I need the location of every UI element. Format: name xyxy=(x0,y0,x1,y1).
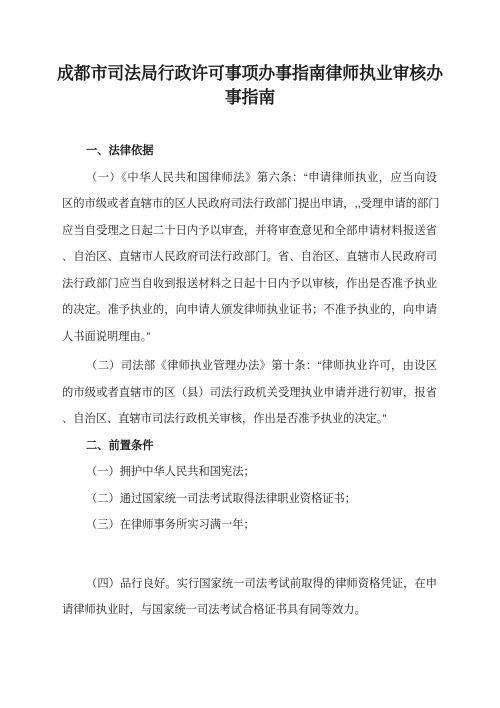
condition-item-3: （三）在律师事务所实习满一年； xyxy=(62,512,437,539)
body-line: 法行政部门应当自收到报送材料之日起十日内予以审核，作出是否准予执业 xyxy=(62,271,437,298)
body-line: 的决定。准予执业的，向申请人颁发律师执业证书；不准予执业的，向申请 xyxy=(62,297,437,324)
body-line: 人书面说明理由。” xyxy=(62,324,437,351)
condition-item-4-line: （四）品行良好。实行国家统一司法考试前取得的律师资格凭证，在申 xyxy=(62,571,437,598)
body-line: 、自治区、直辖市司法行政机关审核，作出是否准予执业的决定。” xyxy=(62,406,437,433)
document-page: 成都市司法局行政许可事项办事指南律师执业审核办 事指南 一、法律依据 （一）《中… xyxy=(0,0,500,708)
document-body: 一、法律依据 （一）《中华人民共和国律师法》第六条：“申请律师执业，应当向设 区… xyxy=(62,138,437,624)
condition-item-4-line: 请律师执业时，与国家统一司法考试合格证书具有同等效力。 xyxy=(62,597,437,624)
document-title: 成都市司法局行政许可事项办事指南律师执业审核办 事指南 xyxy=(40,62,460,110)
body-line: （二）司法部《律师执业管理办法》第十条：“律师执业许可，由设区 xyxy=(62,353,437,380)
body-line: 的市级或者直辖市的区（县）司法行政机关受理执业申请并进行初审，报省 xyxy=(62,380,437,407)
body-line: 区的市级或者直辖市的区人民政府司法行政部门提出申请，,,受理申请的部门 xyxy=(62,191,437,218)
condition-item-1: （一）拥护中华人民共和国宪法； xyxy=(62,459,437,486)
body-line: （一）《中华人民共和国律师法》第六条：“申请律师执业，应当向设 xyxy=(62,165,437,192)
section-heading-legal-basis: 一、法律依据 xyxy=(62,138,437,165)
section-heading-preconditions: 二、前置条件 xyxy=(62,433,437,460)
body-line: 应当自受理之日起二十日内予以审查，并将审查意见和全部申请材料报送省 xyxy=(62,218,437,245)
title-line-2: 事指南 xyxy=(40,86,460,110)
title-line-1: 成都市司法局行政许可事项办事指南律师执业审核办 xyxy=(40,62,460,86)
body-line: 、自治区、直辖市人民政府司法行政部门。省、自治区、直辖市人民政府司 xyxy=(62,244,437,271)
condition-item-2: （二）通过国家统一司法考试取得法律职业资格证书； xyxy=(62,486,437,513)
